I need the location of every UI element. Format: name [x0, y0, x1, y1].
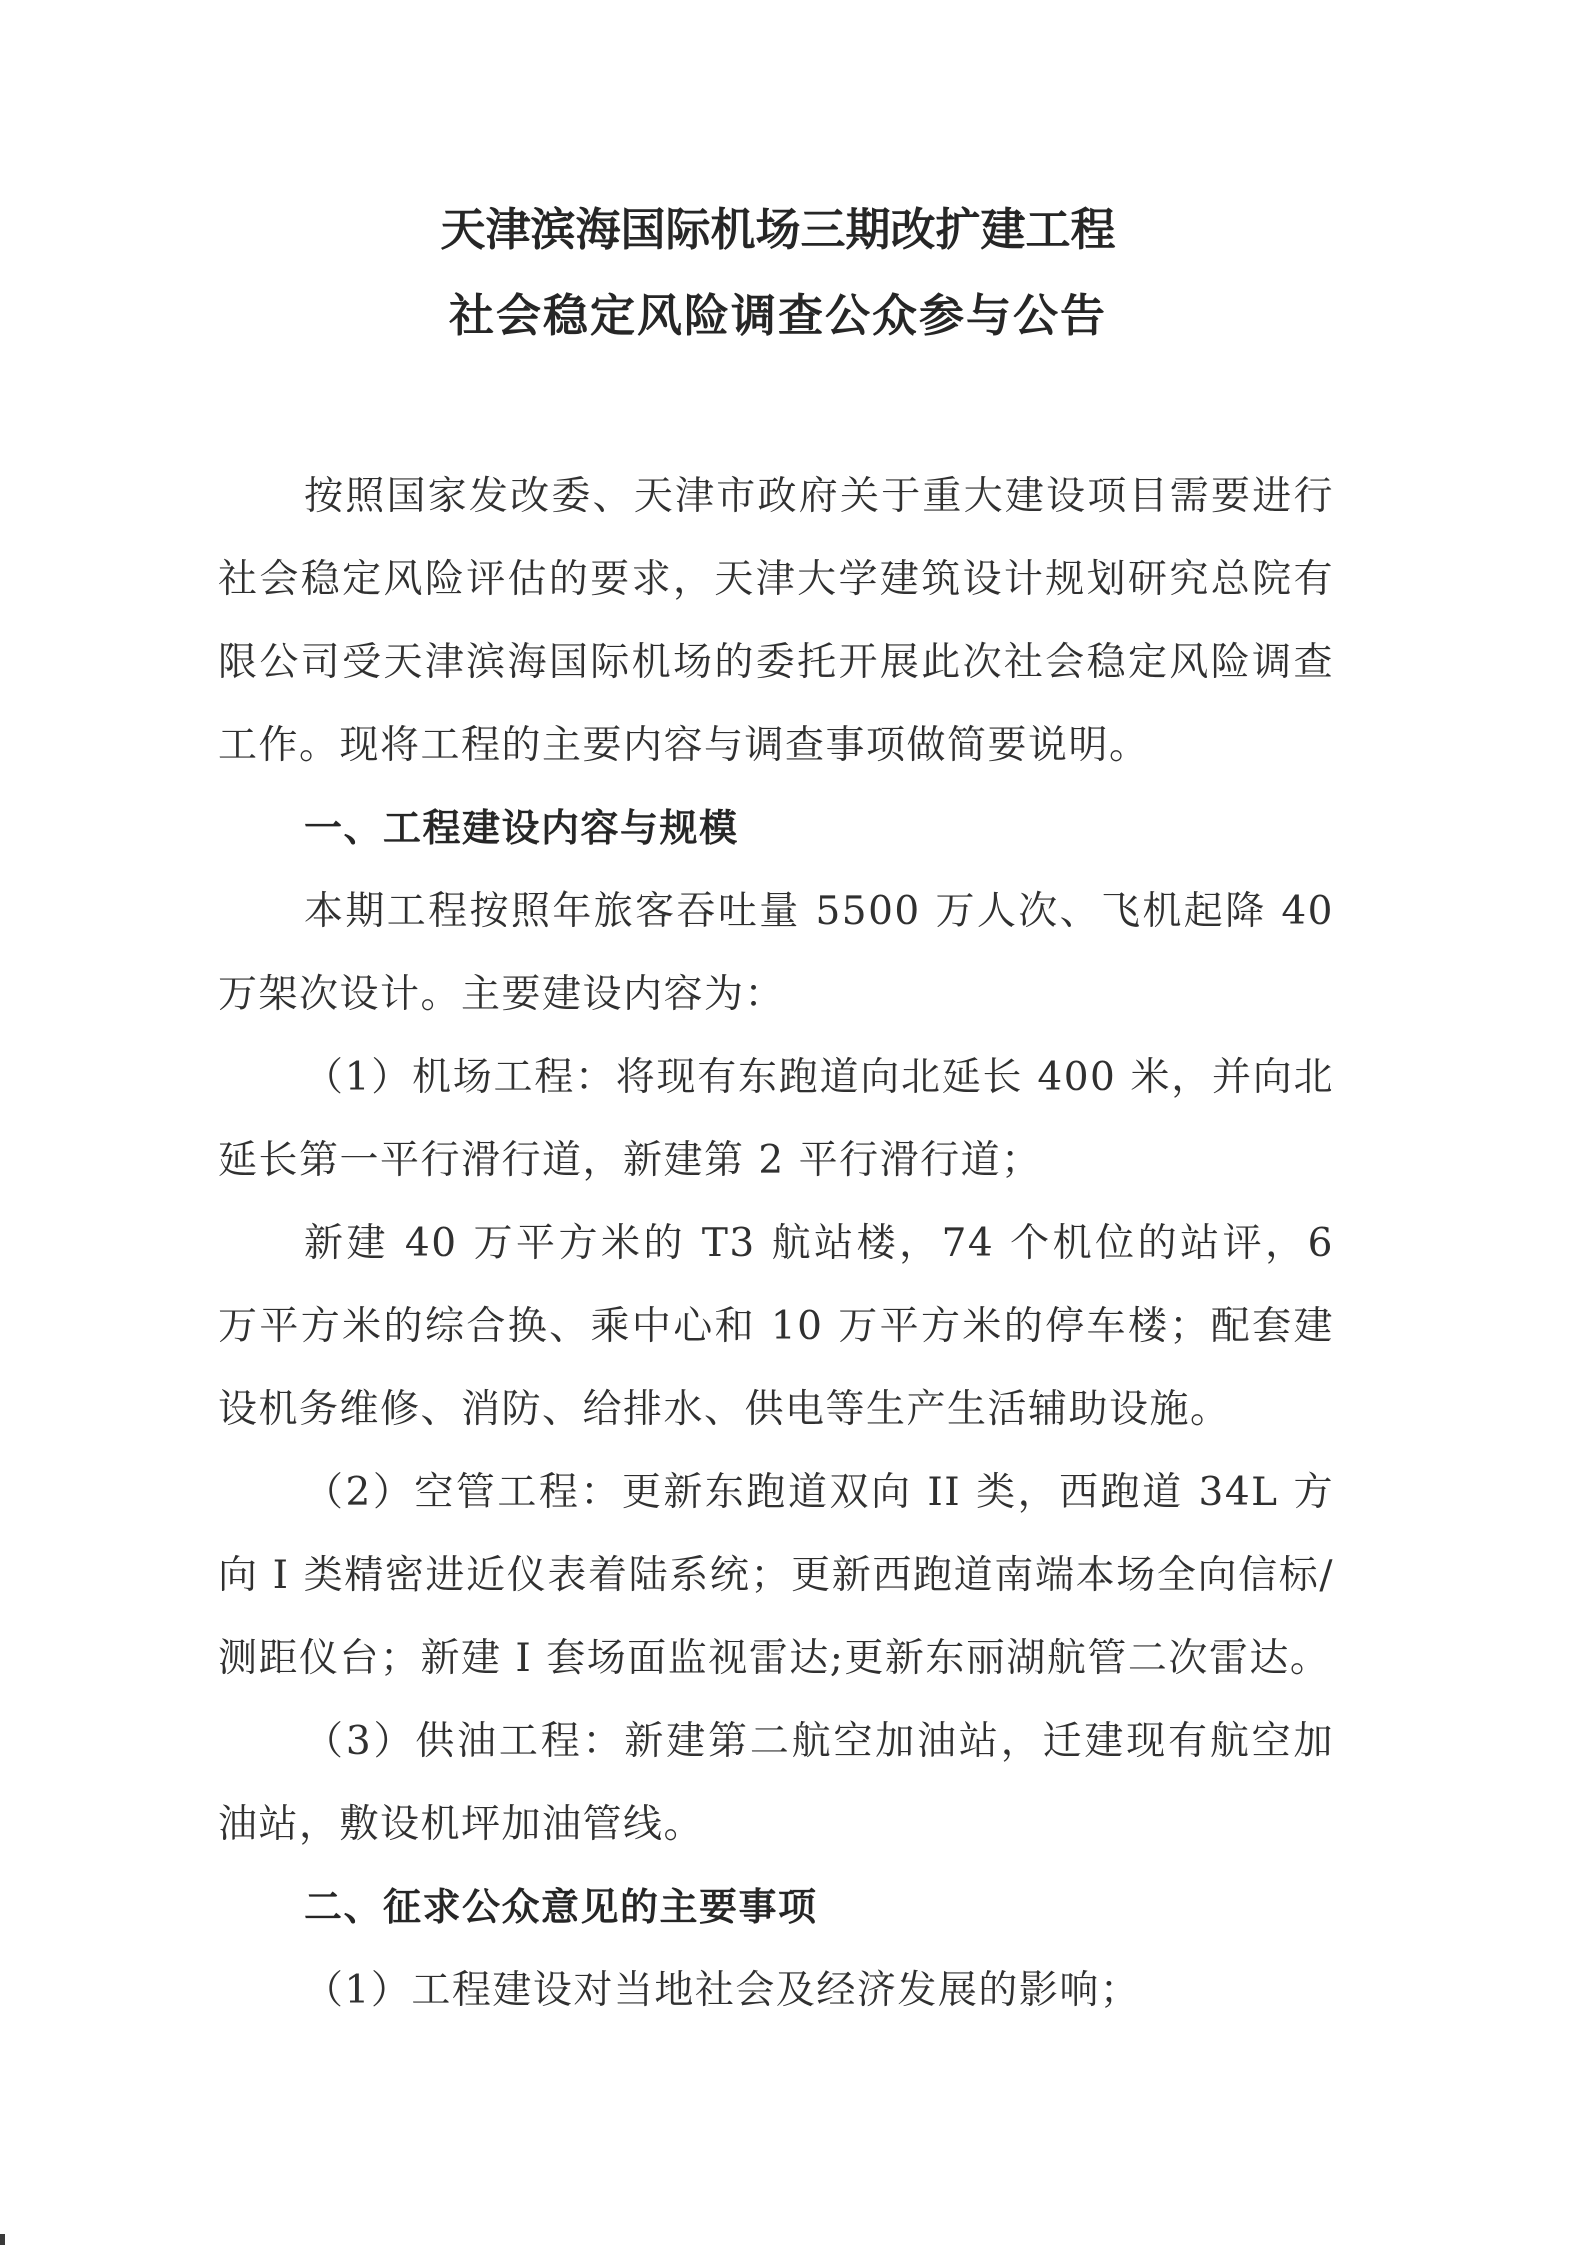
intro-paragraph: 按照国家发改委、天津市政府关于重大建设项目需要进行社会稳定风险评估的要求，天津大…: [218, 455, 1334, 787]
section-heading-2: 二、征求公众意见的主要事项: [218, 1866, 1334, 1949]
document-page: 天津滨海国际机场三期改扩建工程 社会稳定风险调查公众参与公告 按照国家发改委、天…: [0, 0, 1586, 2245]
document-title-line-2: 社会稳定风险调查公众参与公告: [0, 288, 1556, 344]
section-heading-1: 一、工程建设内容与规模: [218, 787, 1334, 870]
section-1-item-airport-works: （1）机场工程：将现有东跑道向北延长 400 米，并向北延长第一平行滑行道，新建…: [218, 1036, 1334, 1202]
section-1-paragraph-scale: 本期工程按照年旅客吞吐量 5500 万人次、飞机起降 40 万架次设计。主要建设…: [218, 870, 1334, 1036]
section-1-paragraph-terminal: 新建 40 万平方米的 T3 航站楼，74 个机位的站评，6 万平方米的综合换、…: [218, 1202, 1334, 1451]
scan-edge-mark: [0, 2234, 5, 2245]
section-1-item-atc-works: （2）空管工程：更新东跑道双向 II 类，西跑道 34L 方向 I 类精密进近仪…: [218, 1451, 1334, 1700]
document-body: 按照国家发改委、天津市政府关于重大建设项目需要进行社会稳定风险评估的要求，天津大…: [218, 455, 1334, 2032]
section-2-item-1: （1）工程建设对当地社会及经济发展的影响；: [218, 1949, 1334, 2032]
document-title-line-1: 天津滨海国际机场三期改扩建工程: [0, 202, 1556, 258]
section-1-item-fuel-works: （3）供油工程：新建第二航空加油站，迁建现有航空加油站，敷设机坪加油管线。: [218, 1700, 1334, 1866]
